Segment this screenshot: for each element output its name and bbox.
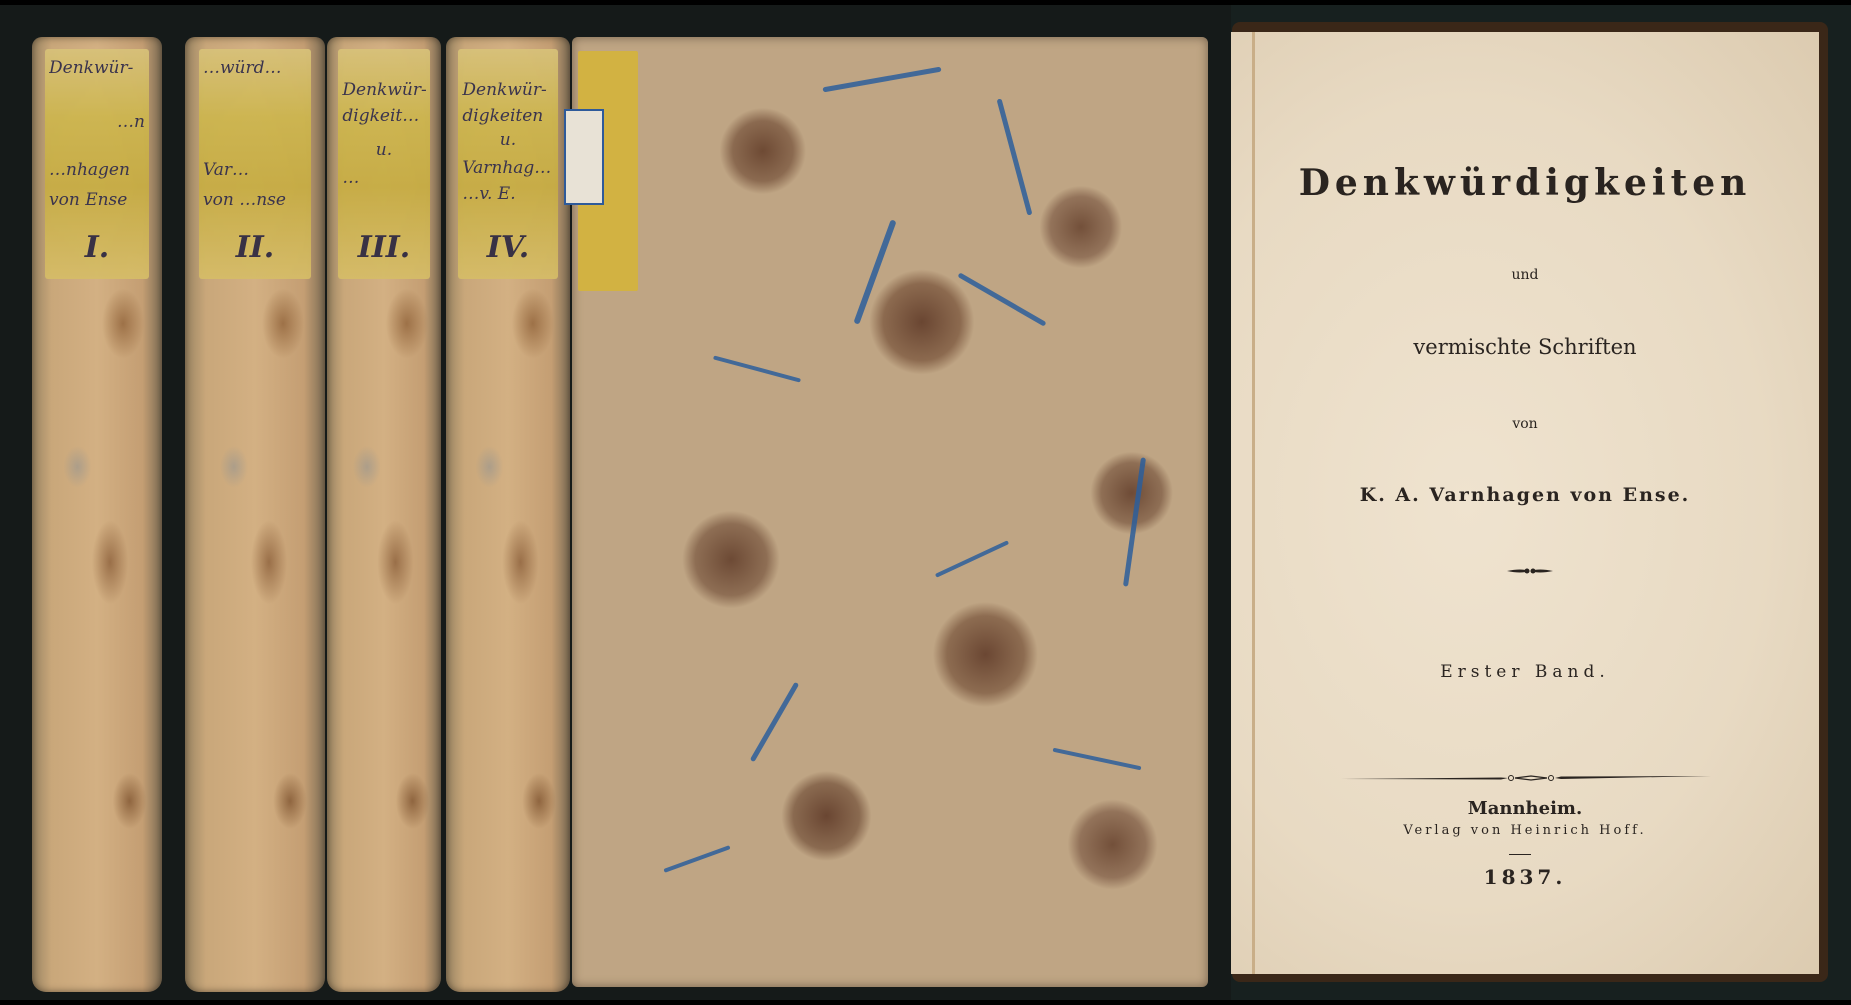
marble-vein (750, 682, 799, 762)
spine-volume-4: Denkwür- digkeiten u. Varnhag… …v. E. IV… (446, 37, 570, 992)
spine-label-line: … (342, 167, 425, 189)
spine-label-line: …n (49, 111, 145, 133)
book-subtitle: vermischte Schriften (1231, 335, 1819, 359)
marble-vein (853, 219, 896, 324)
spine-volume-1: Denkwür- …n …nhagen von Ense I. (32, 37, 162, 992)
volume-number: IV. (458, 230, 557, 265)
spine-label-line: u. (342, 139, 425, 161)
spine-label-line: Denkwür- (49, 57, 145, 79)
spine-label-line: von Ense (49, 189, 145, 211)
short-rule (1509, 854, 1531, 855)
volume-number: III. (338, 230, 429, 265)
spine-label-line: …v. E. (462, 183, 553, 205)
spine-label-line: Denkwür- (342, 79, 425, 101)
by-line: von (1231, 416, 1819, 432)
spine-label: Denkwür- digkeit… u. … III. (338, 49, 429, 279)
marble-vein (1053, 748, 1142, 771)
book-title: Denkwürdigkeiten (1231, 162, 1819, 204)
spine-volume-2: …würd… Var… von …nse II. (185, 37, 325, 992)
conjunction: und (1231, 267, 1819, 283)
publication-year: 1837. (1231, 865, 1819, 889)
volume-number: II. (199, 230, 311, 265)
spine-label: Denkwür- …n …nhagen von Ense I. (45, 49, 149, 279)
marble-vein (997, 98, 1033, 215)
author-name: K. A. Varnhagen von Ense. (1231, 484, 1819, 506)
spine-label-line: digkeiten (462, 105, 553, 127)
ornament-divider (1231, 562, 1819, 574)
marble-vein (1123, 457, 1146, 586)
marbled-front-cover (572, 37, 1208, 987)
spine-label-line: von …nse (203, 189, 307, 211)
marble-vein (713, 355, 801, 382)
volume-number: I. (45, 230, 149, 265)
spine-label-line: u. (462, 129, 553, 151)
spine-label-line: …nhagen (49, 159, 145, 181)
publisher: Verlag von Heinrich Hoff. (1231, 823, 1819, 838)
spine-label-line: digkeit… (342, 105, 425, 127)
volume-designation: Erster Band. (1231, 662, 1819, 682)
marble-vein (957, 272, 1046, 326)
spine-label-line: Denkwür- (462, 79, 553, 101)
spine-label-line: …würd… (203, 57, 307, 79)
spine-label-line: Var… (203, 159, 307, 181)
marble-vein (935, 540, 1009, 577)
title-page: Denkwürdigkeiten und vermischte Schrifte… (1231, 32, 1819, 974)
marble-vein (822, 67, 941, 93)
spine-label: …würd… Var… von …nse II. (199, 49, 311, 279)
library-ticket (564, 109, 604, 205)
publication-city: Mannheim. (1231, 798, 1819, 819)
book-spines-photo: Denkwür- …n …nhagen von Ense I. …würd… V… (0, 5, 1231, 1000)
marble-vein (663, 845, 730, 873)
spine-label: Denkwür- digkeiten u. Varnhag… …v. E. IV… (458, 49, 557, 279)
spine-label-line: Varnhag… (462, 157, 553, 179)
spine-volume-3: Denkwür- digkeit… u. … III. (327, 37, 441, 992)
bottom-border (0, 1000, 1851, 1005)
ornamental-rule (1231, 768, 1819, 776)
